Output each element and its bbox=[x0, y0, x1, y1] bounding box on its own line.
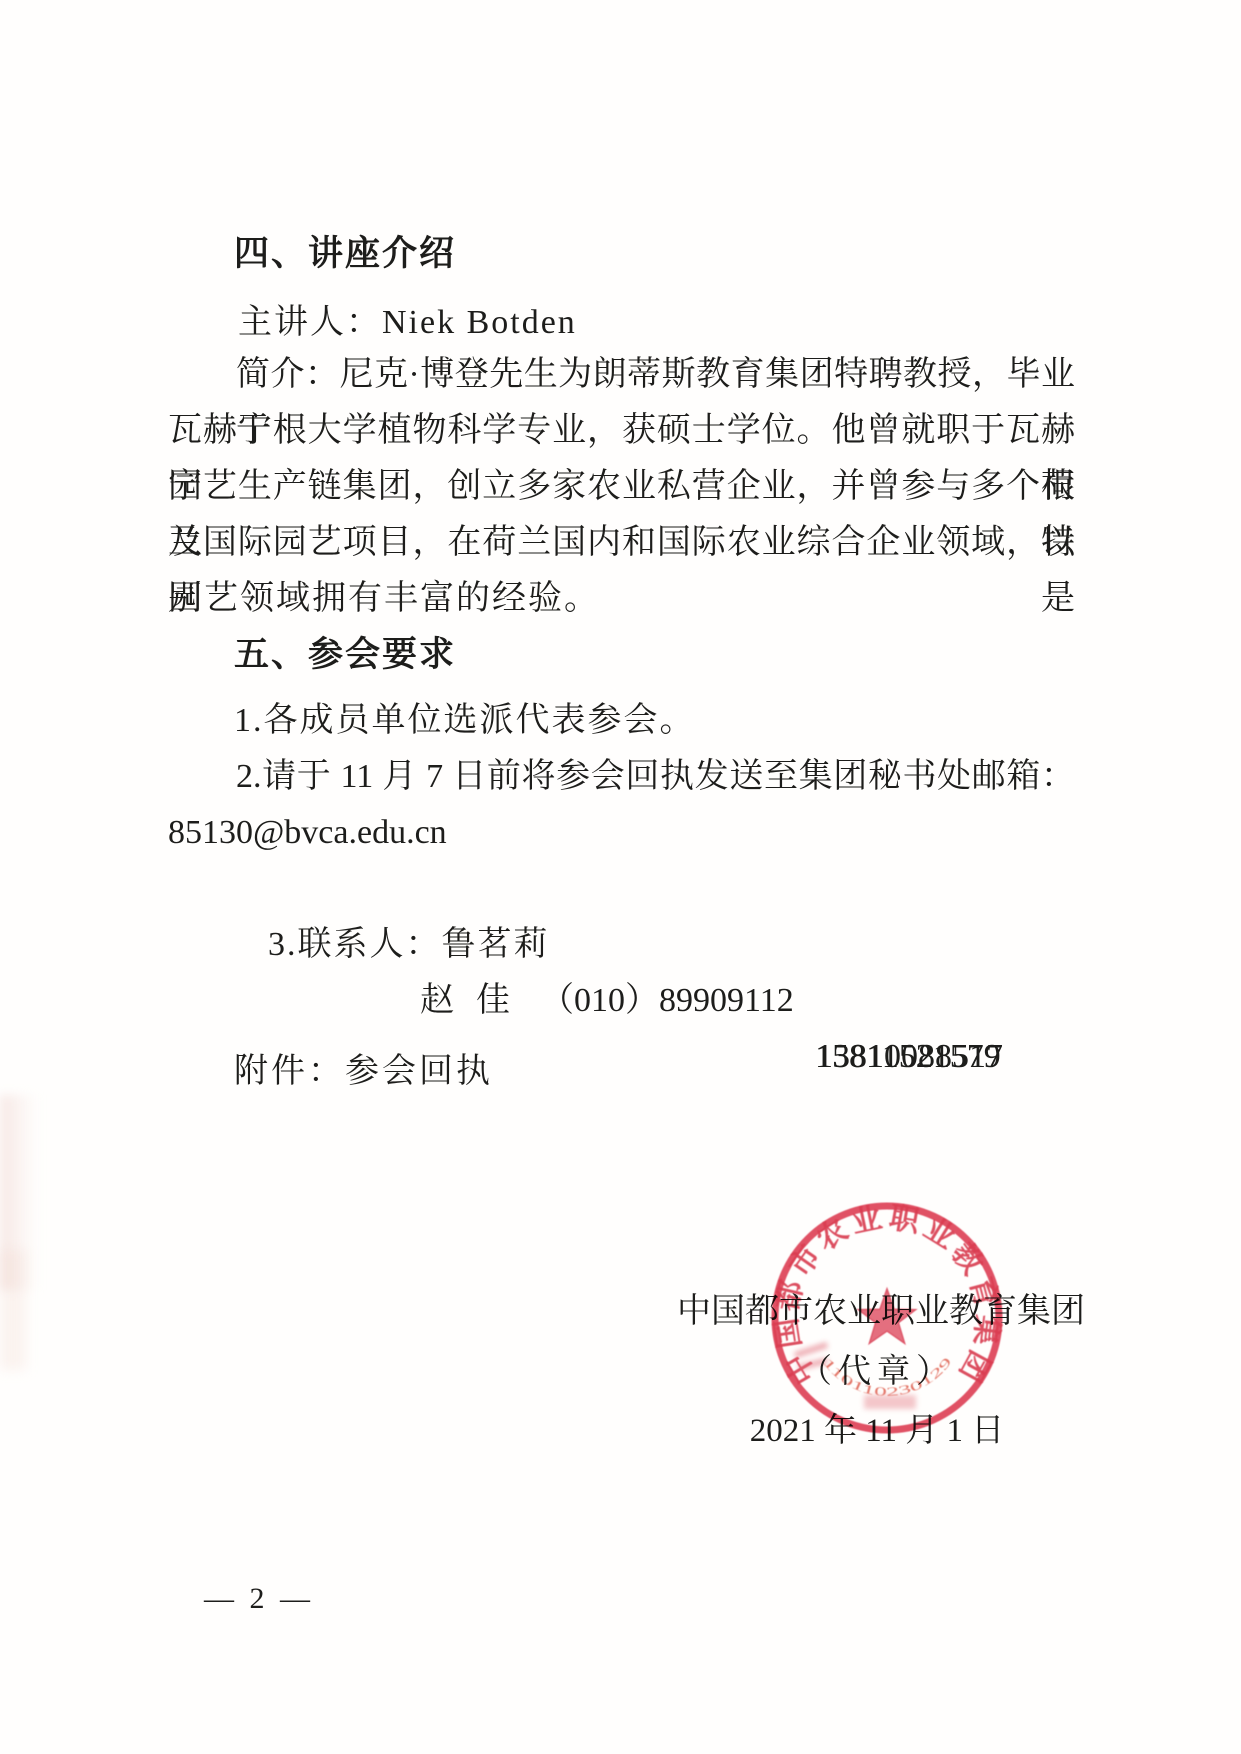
contact-person-2: 赵佳 bbox=[420, 973, 510, 1029]
section5-heading: 五、参会要求 bbox=[168, 627, 1075, 683]
document-page: 四、讲座介绍 主讲人：Niek Botden 简介：尼克·博登先生为朗蒂斯教育集… bbox=[0, 0, 1241, 1754]
signature-date: 2021 年 11 月 1 日 bbox=[677, 1403, 1077, 1459]
intro-line-5: 园艺领域拥有丰富的经验。 bbox=[168, 571, 1075, 627]
intro-line-3: 园艺生产链集团，创立多家农业私营企业，并曾参与多个荷兰以 bbox=[168, 459, 1075, 515]
contact-person-2-surname: 赵 bbox=[420, 982, 454, 1019]
intro-line-4: 及国际园艺项目，在荷兰国内和国际农业综合企业领域，特别是 bbox=[168, 515, 1075, 571]
contact-person-2-givenname: 佳 bbox=[476, 973, 510, 1029]
intro-line-1: 简介：尼克·博登先生为朗蒂斯教育集团特聘教授，毕业于 bbox=[168, 347, 1075, 403]
section4-heading: 四、讲座介绍 bbox=[168, 226, 1075, 282]
contact-email: 85130@bvca.edu.cn bbox=[168, 805, 1075, 861]
signature-organization: 中国都市农业职业教育集团 bbox=[677, 1284, 1077, 1340]
contact-office-phone: （010）89909112 bbox=[540, 973, 794, 1029]
page-number: — 2 — bbox=[204, 1579, 314, 1619]
requirement-item-1: 1.各成员单位选派代表参会。 bbox=[168, 693, 1075, 749]
scan-edge-artifact-2 bbox=[0, 1250, 26, 1370]
requirement-item-2: 2.请于 11 月 7 日前将参会回执发送至集团秘书处邮箱： bbox=[168, 749, 1075, 805]
attachment-line: 附件：参会回执 bbox=[168, 1044, 1075, 1100]
contact-row-2: 赵佳 15811521579 bbox=[168, 917, 1075, 973]
speaker-line: 主讲人：Niek Botden bbox=[168, 295, 1075, 351]
intro-line-2: 瓦赫宁根大学植物科学专业，获硕士学位。他曾就职于瓦赫宁根 bbox=[168, 403, 1075, 459]
contact-row-1: 3.联系人：鲁茗莉 （010）89909112 13810088517 bbox=[168, 861, 1075, 917]
signature-block: 中国都市农业职业教育集团 （代章） 2021 年 11 月 1 日 bbox=[677, 1284, 1077, 1459]
signature-proxy-note: （代章） bbox=[677, 1344, 1077, 1400]
